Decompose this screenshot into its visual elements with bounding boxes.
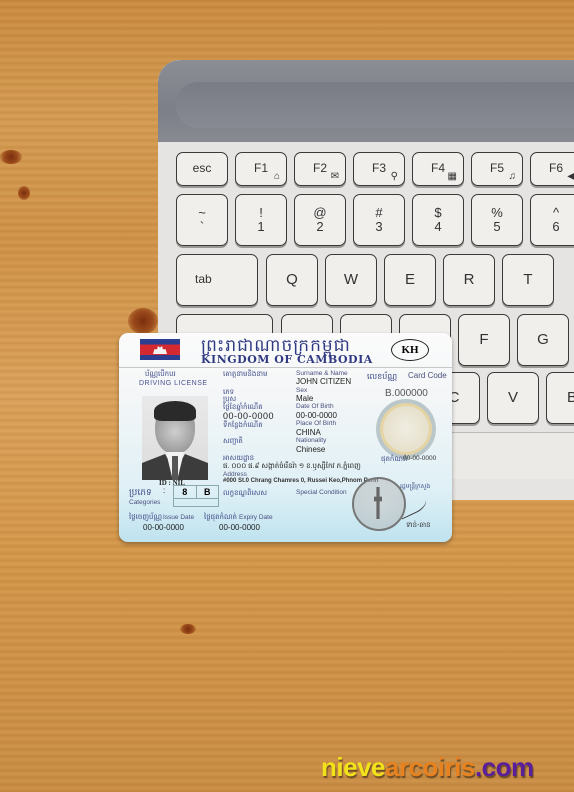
name-khmer-label: គោត្តនាមនិងនាម — [223, 370, 267, 380]
category-box-row — [173, 497, 219, 507]
key-r[interactable]: R — [443, 254, 495, 306]
issue-khmer-label: ថ្ងៃចេញប័ណ្ណ — [129, 513, 162, 523]
name-label: Surname & Name — [296, 370, 348, 377]
key-shift-label: % — [491, 206, 503, 220]
card-title-english: KINGDOM OF CAMBODIA — [201, 353, 373, 366]
name-value: JOHN CITIZEN — [296, 377, 351, 386]
key-v[interactable]: V — [487, 372, 539, 424]
expiry-label: Expiry Date — [239, 514, 273, 521]
key-q[interactable]: Q — [266, 254, 318, 306]
special-khmer-label: លក្ខខណ្ឌពិសេស — [223, 489, 267, 499]
signer-khmer: ទាន់-ឆាន — [406, 521, 431, 531]
key-w[interactable]: W — [325, 254, 377, 306]
key-label: ` — [200, 220, 204, 234]
home-icon: ⌂ — [274, 171, 280, 182]
expiry-khmer-label: ថ្ងៃផុតកំណត់ — [204, 513, 237, 523]
wood-knot — [18, 186, 30, 200]
key-esc[interactable]: esc — [176, 152, 228, 186]
key-label: F3 — [372, 162, 386, 175]
key-label: 4 — [434, 220, 441, 234]
key-label: 5 — [493, 220, 500, 234]
key-5[interactable]: %5 — [471, 194, 523, 246]
pob-label: Place Of Birth — [296, 420, 336, 427]
key-label: 1 — [257, 220, 264, 234]
dob-value: 00-00-0000 — [296, 411, 337, 420]
key-f[interactable]: F — [458, 314, 510, 366]
pob-khmer-label: ទីកន្លែងកំណើត — [223, 421, 263, 431]
key-f1[interactable]: F1⌂ — [235, 152, 287, 186]
key-label: F4 — [431, 162, 445, 175]
watermark-part-2: arcoiris — [385, 752, 475, 782]
mail-icon: ✉ — [331, 171, 339, 182]
colon: : — [163, 486, 165, 495]
key-e[interactable]: E — [384, 254, 436, 306]
key-label: F5 — [490, 162, 504, 175]
key-3[interactable]: #3 — [353, 194, 405, 246]
key-1[interactable]: !1 — [235, 194, 287, 246]
watermark-part-3: .com — [475, 752, 534, 782]
key-g[interactable]: G — [517, 314, 569, 366]
card-code-label: Card Code — [408, 371, 447, 380]
watermark-part-1: nieve — [321, 752, 385, 782]
key-6[interactable]: ^6 — [530, 194, 574, 246]
valid-value: 00-00-0000 — [403, 455, 436, 462]
sex-label: Sex — [296, 387, 307, 394]
keyboard-top-bar — [158, 60, 574, 142]
card-code-khmer-label: លេខប័ណ្ណ — [367, 371, 397, 383]
pob-value: CHINA — [296, 428, 321, 437]
key-label: 3 — [375, 220, 382, 234]
dob-khmer-value: 00-00-0000 — [223, 411, 274, 421]
search-icon: ⚲ — [391, 171, 398, 182]
address-label: Address — [223, 471, 247, 478]
key-shift-label: # — [375, 206, 382, 220]
nationality-value: Chinese — [296, 445, 325, 454]
watermark: nievearcoiris.com — [321, 752, 534, 783]
key-t[interactable]: T — [502, 254, 554, 306]
key-f3[interactable]: F3⚲ — [353, 152, 405, 186]
key-label: 2 — [316, 220, 323, 234]
nationality-khmer-label: សញ្ជាតិ — [223, 437, 243, 447]
key-label: F1 — [254, 162, 268, 175]
cambodia-flag-icon — [140, 339, 180, 360]
key-f4[interactable]: F4▦ — [412, 152, 464, 186]
key-label: 6 — [552, 220, 559, 234]
key-shift-label: $ — [434, 206, 441, 220]
wood-knot — [0, 150, 22, 164]
key-4[interactable]: $4 — [412, 194, 464, 246]
key-label: F2 — [313, 162, 327, 175]
doc-type-khmer: ប័ណ្ណបើកបរ — [145, 370, 176, 380]
key-b[interactable]: B — [546, 372, 574, 424]
country-code-badge: KH — [391, 339, 429, 361]
divider — [119, 367, 452, 368]
holder-photo — [142, 396, 208, 480]
doc-type-english: DRIVING LICENSE — [139, 380, 208, 387]
card-code-value: B.000000 — [385, 388, 428, 399]
driving-license-card: ព្រះរាជាណាចក្រកម្ពុជា KINGDOM OF CAMBODI… — [119, 333, 452, 542]
key-f5[interactable]: F5♫ — [471, 152, 523, 186]
key-label: F6 — [549, 162, 563, 175]
wood-knot — [128, 308, 158, 334]
back-icon: ◀ — [567, 171, 574, 182]
emblem-seal — [376, 399, 436, 459]
key-shift-label: @ — [313, 206, 326, 220]
dob-label: Date Of Birth — [296, 403, 334, 410]
key-shift-label: ~ — [198, 206, 206, 220]
music-icon: ♫ — [509, 171, 517, 182]
calculator-icon: ▦ — [448, 171, 457, 182]
key-f2[interactable]: F2✉ — [294, 152, 346, 186]
special-label: Special Condition — [296, 489, 347, 496]
key-label: esc — [193, 162, 212, 175]
key-shift-label: ! — [259, 206, 263, 220]
category-label: Categories — [129, 499, 160, 506]
issue-label: Issue Date — [163, 514, 194, 521]
expiry-value: 00-00-0000 — [219, 523, 260, 532]
nationality-label: Nationality — [296, 437, 326, 444]
key-f6[interactable]: F6◀ — [530, 152, 574, 186]
key-`[interactable]: ~` — [176, 194, 228, 246]
authority-khmer: រដ្ឋមន្ត្រីក្រសួង — [400, 482, 430, 491]
wood-knot — [180, 624, 196, 634]
key-tab[interactable]: tab — [176, 254, 258, 306]
issue-value: 00-00-0000 — [143, 523, 184, 532]
key-shift-label: ^ — [553, 206, 559, 220]
sex-value: Male — [296, 394, 313, 403]
key-2[interactable]: @2 — [294, 194, 346, 246]
address-value: #000 St.0 Chrang Chamres 0, Russei Keo,P… — [223, 478, 378, 484]
